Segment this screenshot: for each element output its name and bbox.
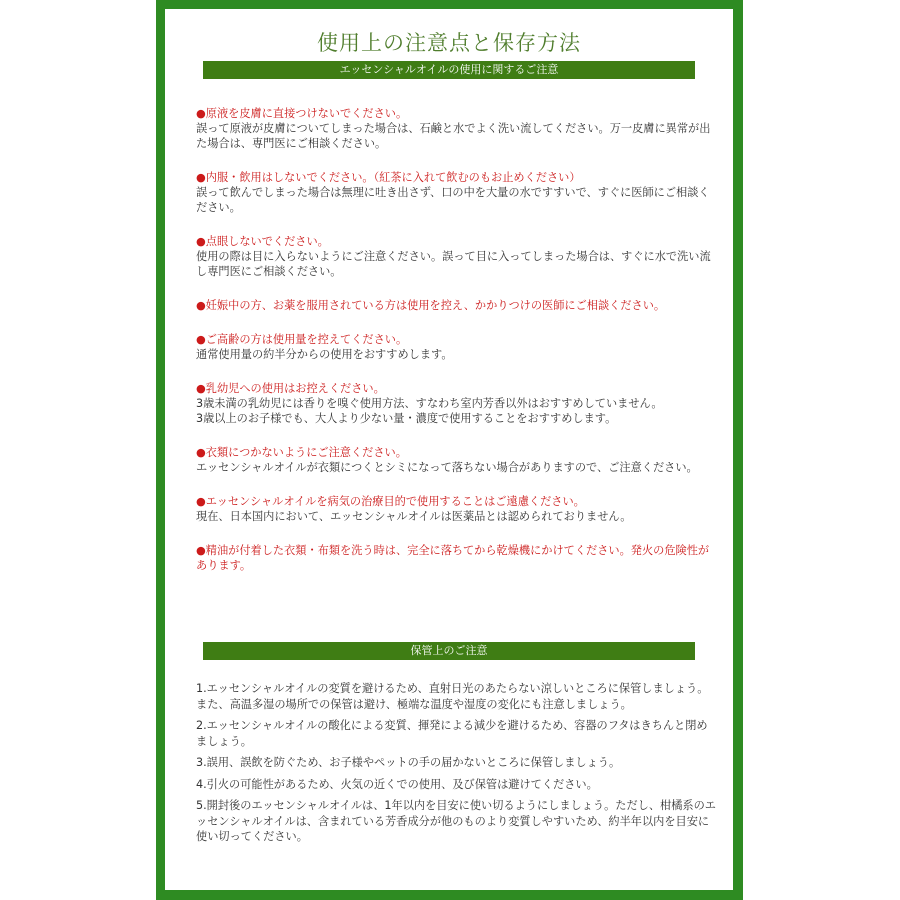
storage-section-heading: 保管上のご注意 <box>203 642 695 660</box>
storage-item: 4.引火の可能性があるため、火気の近くでの使用、及び保管は避けてください。 <box>196 777 716 793</box>
note-warning: ●原液を皮膚に直接つけないでください。 <box>196 106 716 121</box>
note-warning: ●衣類につかないようにご注意ください。 <box>196 445 716 460</box>
note-warning: ●乳幼児への使用はお控えください。 <box>196 381 716 396</box>
note-item: ●衣類につかないようにご注意ください。 エッセンシャルオイルが衣類につくとシミに… <box>196 445 716 475</box>
page-title: 使用上の注意点と保存方法 <box>165 30 733 56</box>
storage-item: 1.エッセンシャルオイルの変質を避けるため、直射日光のあたらない涼しいところに保… <box>196 681 716 712</box>
note-item: ●内服・飲用はしないでください。（紅茶に入れて飲むのもお止めください） 誤って飲… <box>196 170 716 215</box>
note-item: ●精油が付着した衣類・布類を洗う時は、完全に落ちてから乾燥機にかけてください。発… <box>196 543 716 573</box>
note-warning: ●妊娠中の方、お薬を服用されている方は使用を控え、かかりつけの医師にご相談くださ… <box>196 298 716 313</box>
note-body: エッセンシャルオイルが衣類につくとシミになって落ちない場合がありますので、ご注意… <box>196 460 716 475</box>
note-item: ●乳幼児への使用はお控えください。 3歳未満の乳幼児には香りを嗅ぐ使用方法、すな… <box>196 381 716 426</box>
green-frame: 使用上の注意点と保存方法 エッセンシャルオイルの使用に関するご注意 ●原液を皮膚… <box>156 0 743 900</box>
note-warning: ●内服・飲用はしないでください。（紅茶に入れて飲むのもお止めください） <box>196 170 716 185</box>
note-item: ●原液を皮膚に直接つけないでください。 誤って原液が皮膚についてしまった場合は、… <box>196 106 716 151</box>
storage-item: 5.開封後のエッセンシャルオイルは、1年以内を目安に使い切るようにしましょう。た… <box>196 798 716 845</box>
note-item: ●エッセンシャルオイルを病気の治療目的で使用することはご遠慮ください。 現在、日… <box>196 494 716 524</box>
note-item: ●妊娠中の方、お薬を服用されている方は使用を控え、かかりつけの医師にご相談くださ… <box>196 298 716 313</box>
storage-item: 2.エッセンシャルオイルの酸化による変質、揮発による減少を避けるため、容器のフタ… <box>196 718 716 749</box>
storage-item: 3.誤用、誤飲を防ぐため、お子様やペットの手の届かないところに保管しましょう。 <box>196 755 716 771</box>
note-item: ●ご高齢の方は使用量を控えてください。 通常使用量の約半分からの使用をおすすめし… <box>196 332 716 362</box>
note-warning: ●精油が付着した衣類・布類を洗う時は、完全に落ちてから乾燥機にかけてください。発… <box>196 543 716 573</box>
usage-notes-list: ●原液を皮膚に直接つけないでください。 誤って原液が皮膚についてしまった場合は、… <box>196 106 716 592</box>
note-body: 誤って飲んでしまった場合は無理に吐き出さず、口の中を大量の水ですすいで、すぐに医… <box>196 185 716 215</box>
storage-list: 1.エッセンシャルオイルの変質を避けるため、直射日光のあたらない涼しいところに保… <box>196 681 716 851</box>
note-body: 現在、日本国内において、エッセンシャルオイルは医薬品とは認められておりません。 <box>196 509 716 524</box>
note-warning: ●エッセンシャルオイルを病気の治療目的で使用することはご遠慮ください。 <box>196 494 716 509</box>
note-body: 3歳未満の乳幼児には香りを嗅ぐ使用方法、すなわち室内芳香以外はおすすめしていませ… <box>196 396 716 426</box>
note-body: 使用の際は目に入らないようにご注意ください。誤って目に入ってしまった場合は、すぐ… <box>196 249 716 279</box>
content-panel: 使用上の注意点と保存方法 エッセンシャルオイルの使用に関するご注意 ●原液を皮膚… <box>165 9 733 890</box>
note-item: ●点眼しないでください。 使用の際は目に入らないようにご注意ください。誤って目に… <box>196 234 716 279</box>
usage-section-heading: エッセンシャルオイルの使用に関するご注意 <box>203 61 695 79</box>
note-warning: ●点眼しないでください。 <box>196 234 716 249</box>
note-warning: ●ご高齢の方は使用量を控えてください。 <box>196 332 716 347</box>
note-body: 通常使用量の約半分からの使用をおすすめします。 <box>196 347 716 362</box>
note-body: 誤って原液が皮膚についてしまった場合は、石鹸と水でよく洗い流してください。万一皮… <box>196 121 716 151</box>
